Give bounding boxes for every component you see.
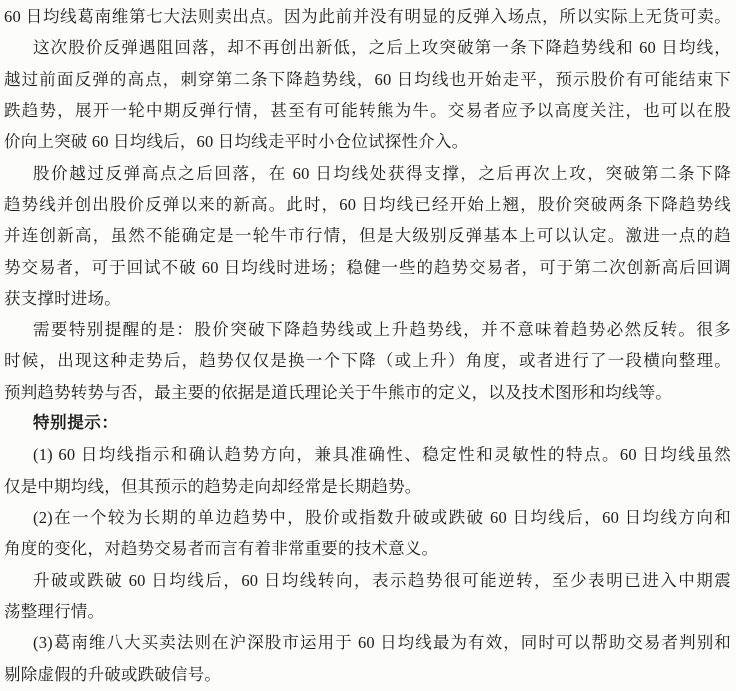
text-line: 趋势线并创出股价反弹以来的新高。此时，60 日均线已经开始上翘，股价突破两条下降…	[4, 189, 731, 220]
text-line: 跌趋势，展开一轮中期反弹行情，甚至有可能转熊为牛。交易者应予以高度关注，也可以在…	[4, 95, 731, 126]
text-line: 并连创新高，虽然不能确定是一轮牛市行情，但是大级别反弹基本上可以认定。激进一点的…	[4, 220, 731, 251]
text-line: (1) 60 日均线指示和确认趋势方向，兼具准确性、稳定性和灵敏性的特点。60 …	[4, 439, 731, 470]
text-line: 剔除虚假的升破或跌破信号。	[4, 659, 731, 690]
text-line: 时候，出现这种走势后，趋势仅仅是换一个下降（或上升）角度，或者进行了一段横向整理…	[4, 345, 731, 376]
text-line: 获支撑时进场。	[4, 283, 731, 314]
text-line: 升破或跌破 60 日均线后，60 日均线转向，表示趋势很可能逆转，至少表明已进入…	[4, 565, 731, 596]
text-line: 仅是中期均线，但其预示的趋势走向却经常是长期趋势。	[4, 471, 731, 502]
special-note-heading: 特别提示：	[4, 408, 731, 439]
body-text: 60 日均线葛南维第七大法则卖出点。因为此前并没有明显的反弹入场点，所以实际上无…	[4, 1, 731, 690]
text-line: (3)葛南维八大买卖法则在沪深股市运用于 60 日均线最为有效，同时可以帮助交易…	[4, 627, 731, 658]
text-line: (2)在一个较为长期的单边趋势中，股价或指数升破或跌破 60 日均线后，60 日…	[4, 502, 731, 533]
text-line: 角度的变化，对趋势交易者而言有着非常重要的技术意义。	[4, 533, 731, 564]
text-line: 势交易者，可于回试不破 60 日均线时进场；稳健一些的趋势交易者，可于第二次创新…	[4, 252, 731, 283]
text-line: 越过前面反弹的高点，刺穿第二条下降趋势线，60 日均线也开始走平，预示股价有可能…	[4, 64, 731, 95]
text-line: 价向上突破 60 日均线后，60 日均线走平时小仓位试探性介入。	[4, 126, 731, 157]
text-line: 需要特别提醒的是：股价突破下降趋势线或上升趋势线，并不意味着趋势必然反转。很多	[4, 314, 731, 345]
scanned-book-page: 60 日均线葛南维第七大法则卖出点。因为此前并没有明显的反弹入场点，所以实际上无…	[0, 0, 736, 691]
text-line: 股价越过反弹高点之后回落，在 60 日均线处获得支撑，之后再次上攻，突破第二条下…	[4, 158, 731, 189]
text-line: 60 日均线葛南维第七大法则卖出点。因为此前并没有明显的反弹入场点，所以实际上无…	[4, 1, 731, 32]
text-line: 预判趋势转势与否，最主要的依据是道氏理论关于牛熊市的定义，以及技术图形和均线等。	[4, 377, 731, 408]
text-line: 荡整理行情。	[4, 596, 731, 627]
text-line: 这次股价反弹遇阻回落，却不再创出新低，之后上攻突破第一条下降趋势线和 60 日均…	[4, 32, 731, 63]
